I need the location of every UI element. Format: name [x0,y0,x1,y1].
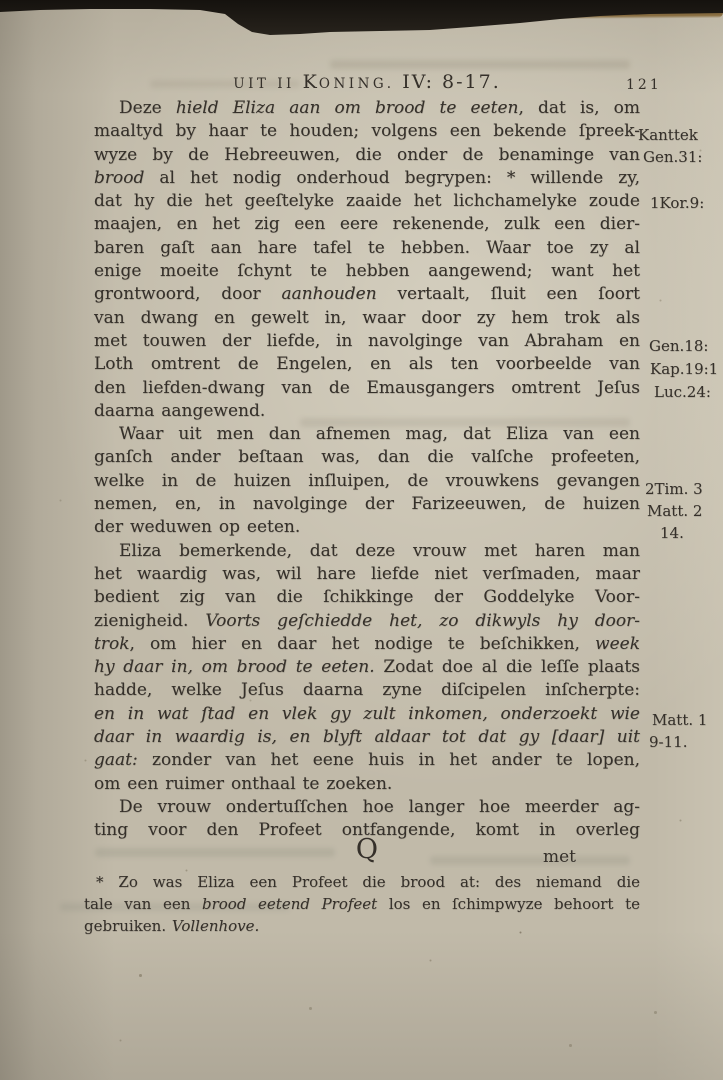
page-number: 121 [626,77,662,93]
body-text: Deze hield Eliza aan om brood te eeten, … [94,97,640,843]
body-line: maajen, en het zig een eere rekenende, z… [94,213,640,236]
margin-note: Matt. 2 [647,502,702,520]
body-line: bedient zig van die ſchikkinge der Godde… [94,586,640,609]
running-title-part: UIT II [233,76,302,92]
margin-note: Matt. 1 [652,711,707,729]
body-line: enige moeite ſchynt te hebben aangewend;… [94,260,640,283]
margin-note: 2Tim. 3 [645,480,703,498]
body-line: daarna aangewend. [94,400,640,423]
running-title-part: IV: 8-17. [402,71,500,93]
margin-note: 9-11. [649,733,687,751]
body-line: gaat: zonder van het eene huis in het an… [94,749,640,772]
body-line: den liefden-dwang van de Emausgangers om… [94,377,640,400]
margin-note: Kanttek [638,126,698,144]
body-line: brood al het nodig onderhoud begrypen: *… [94,167,640,190]
footnote-line: tale van een brood eetend Profeet los en… [84,894,640,916]
footnote-line: gebruiken. Vollenhove. [84,916,640,938]
running-title-part: K [303,71,319,93]
margin-note: Kap.19:1 [650,360,718,378]
body-line: dat hy die het geeſtelyke zaaide het lic… [94,190,640,213]
running-title-part: ONING. [319,76,402,92]
body-line: van dwang en gewelt in, waar door zy hem… [94,307,640,330]
body-line: daar in waardig is, en blyft aldaar tot … [94,726,640,749]
body-line: Loth omtrent de Engelen, en als ten voor… [94,353,640,376]
show-through-smudge [330,60,630,69]
body-line: grontwoord, door aanhouden vertaalt, ſlu… [94,283,640,306]
margin-note: 1Kor.9: [650,194,704,212]
body-line: De vrouw ondertuſſchen hoe langer hoe me… [94,796,640,819]
footnote: * Zo was Eliza een Profeet die brood at:… [84,872,640,937]
margin-note: Gen.18: [649,337,708,355]
signature-row: Q met [94,834,640,874]
footnote-line: * Zo was Eliza een Profeet die brood at:… [84,872,640,894]
catchword: met [543,847,576,867]
body-line: het waardig was, wil hare liefde niet ve… [94,563,640,586]
body-line: welke in de huizen inſluipen, de vrouwke… [94,470,640,493]
body-line: hy daar in, om brood te eeten. Zodat doe… [94,656,640,679]
body-line: nemen, en, in navolginge der Farizeeuwen… [94,493,640,516]
body-line: ganſch ander beſtaan was, dan die valſch… [94,446,640,469]
body-line: wyze by de Hebreeuwen, die onder de bena… [94,144,640,167]
margin-note: 14. [660,524,684,542]
body-line: om een ruimer onthaal te zoeken. [94,773,640,796]
body-line: Deze hield Eliza aan om brood te eeten, … [94,97,640,120]
body-line: trok, om hier en daar het nodige te beſc… [94,633,640,656]
body-line: Waar uit men dan afnemen mag, dat Eliza … [94,423,640,446]
body-line: baren gaſt aan hare tafel te hebben. Waa… [94,237,640,260]
body-line: Eliza bemerkende, dat deze vrouw met har… [94,540,640,563]
body-line: der weduwen op eeten. [94,516,640,539]
body-line: met touwen der liefde, in navolginge van… [94,330,640,353]
body-line: maaltyd by haar te houden; volgens een b… [94,120,640,143]
body-line: zienigheid. Voorts geſchiedde het, zo di… [94,610,640,633]
body-line: en in wat ſtad en vlek gy zult inkomen, … [94,703,640,726]
photo-background-edge [0,0,723,40]
margin-note: Gen.31: [643,148,702,166]
margin-note: Luc.24: [654,383,711,401]
body-line: hadde, welke Jeſus daarna zyne diſcipele… [94,679,640,702]
book-page-photo: UIT II KONING. IV: 8-17. 121 Deze hield … [0,0,723,1080]
running-title: UIT II KONING. IV: 8-17. [94,71,640,93]
